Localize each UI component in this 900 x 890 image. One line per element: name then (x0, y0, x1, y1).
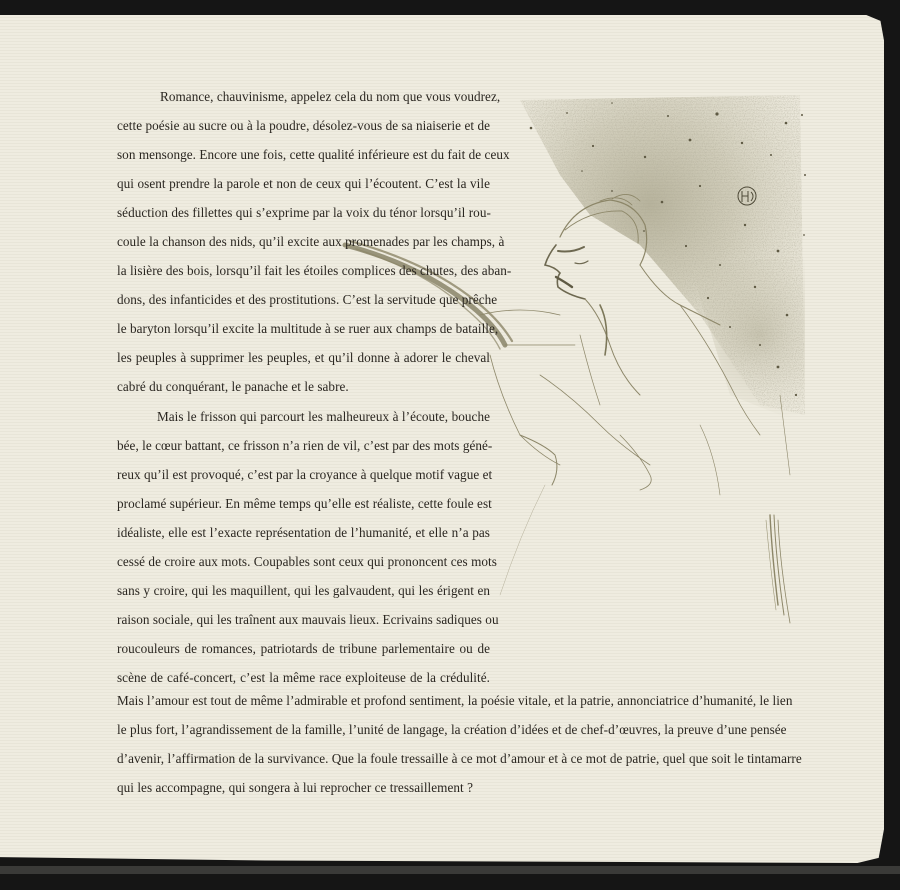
text-line: Mais le frisson qui parcourt les malheur… (157, 408, 490, 426)
text-line: scène de café-concert, c’est la même rac… (117, 669, 490, 687)
text-line: qui osent prendre la parole et non de ce… (117, 175, 490, 193)
text-line: qui les accompagne, qui songera à lui re… (117, 779, 473, 797)
text-line: roucouleurs de romances, patriotards de … (117, 640, 490, 658)
text-line: coule la chanson des nids, qu’il excite … (117, 233, 490, 251)
scan-stage: Romance, chauvinisme, appelez cela du no… (0, 0, 900, 890)
text-line: cessé de croire aux mots. Coupables sont… (117, 553, 490, 571)
book-page: Romance, chauvinisme, appelez cela du no… (0, 15, 884, 863)
text-line: Romance, chauvinisme, appelez cela du no… (160, 88, 490, 106)
text-line: la lisière des bois, lorsqu’il fait les … (117, 262, 490, 280)
text-line: son mensonge. Encore une fois, cette qua… (117, 146, 490, 164)
text-line: séduction des fillettes qui s’exprime pa… (117, 204, 490, 222)
text-line: les peuples à supprimer les peuples, et … (117, 349, 490, 367)
text-line: le baryton lorsqu’il excite la multitude… (117, 320, 490, 338)
text-line: raison sociale, qui les traînent aux mau… (117, 611, 490, 629)
text-line: cette poésie au sucre ou à la poudre, dé… (117, 117, 490, 135)
text-line: le plus fort, l’agrandissement de la fam… (117, 721, 765, 739)
artist-monogram (738, 187, 756, 205)
text-line: d’avenir, l’affirmation de la survivance… (117, 750, 765, 768)
spatter-background (520, 95, 806, 425)
book-edge-strip (0, 866, 900, 874)
text-line: reux qu’il est provoqué, c’est par la cr… (117, 466, 490, 484)
text-line: cabré du conquérant, le panache et le sa… (117, 378, 349, 396)
text-line: dons, des infanticides et des prostituti… (117, 291, 490, 309)
text-line: proclamé supérieur. En même temps qu’ell… (117, 495, 490, 513)
text-line: bée, le cœur battant, ce frisson n’a rie… (117, 437, 490, 455)
text-line: idéaliste, elle est l’exacte représentat… (117, 524, 490, 542)
text-line: Mais l’amour est tout de même l’admirabl… (117, 692, 765, 710)
text-line: sans y croire, qui les maquillent, qui l… (117, 582, 490, 600)
